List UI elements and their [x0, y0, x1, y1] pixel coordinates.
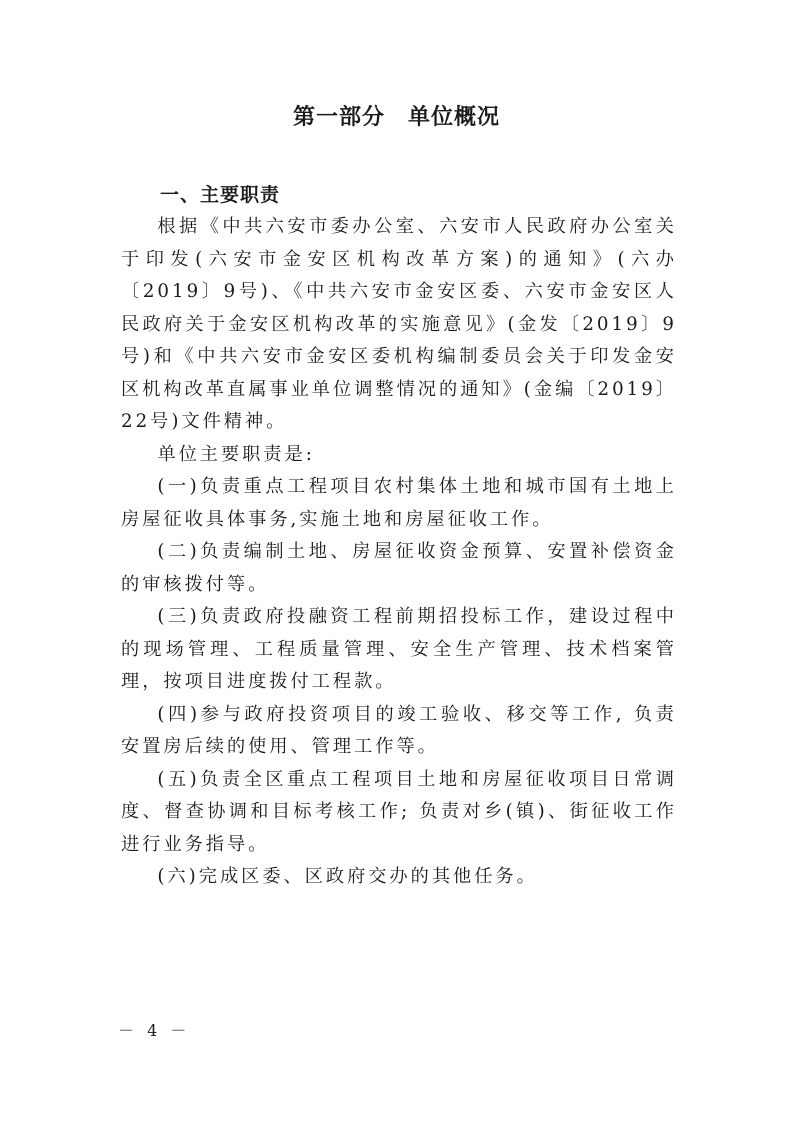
paragraph-duty-2: (二)负责编制土地、房屋征收资金预算、安置补偿资金的审核拨付等。: [121, 536, 677, 601]
paragraph-duty-3: (三)负责政府投融资工程前期招投标工作，建设过程中的现场管理、工程质量管理、安全…: [121, 601, 677, 699]
page-title: 第一部分 单位概况: [0, 100, 793, 131]
paragraph-duties-intro: 单位主要职责是:: [121, 439, 677, 472]
page-number: － 4 －: [118, 1018, 190, 1041]
body-text: 根据《中共六安市委办公室、六安市人民政府办公室关于印发(六安市金安区机构改革方案…: [121, 211, 677, 894]
paragraph-basis: 根据《中共六安市委办公室、六安市人民政府办公室关于印发(六安市金安区机构改革方案…: [121, 211, 677, 439]
paragraph-duty-6: (六)完成区委、区政府交办的其他任务。: [121, 861, 677, 894]
paragraph-duty-4: (四)参与政府投资项目的竣工验收、移交等工作, 负责安置房后续的使用、管理工作等…: [121, 699, 677, 764]
paragraph-duty-1: (一)负责重点工程项目农村集体土地和城市国有土地上房屋征收具体事务,实施土地和房…: [121, 471, 677, 536]
section-heading: 一、主要职责: [160, 180, 280, 207]
paragraph-duty-5: (五)负责全区重点工程项目土地和房屋征收项目日常调度、督查协调和目标考核工作; …: [121, 764, 677, 862]
